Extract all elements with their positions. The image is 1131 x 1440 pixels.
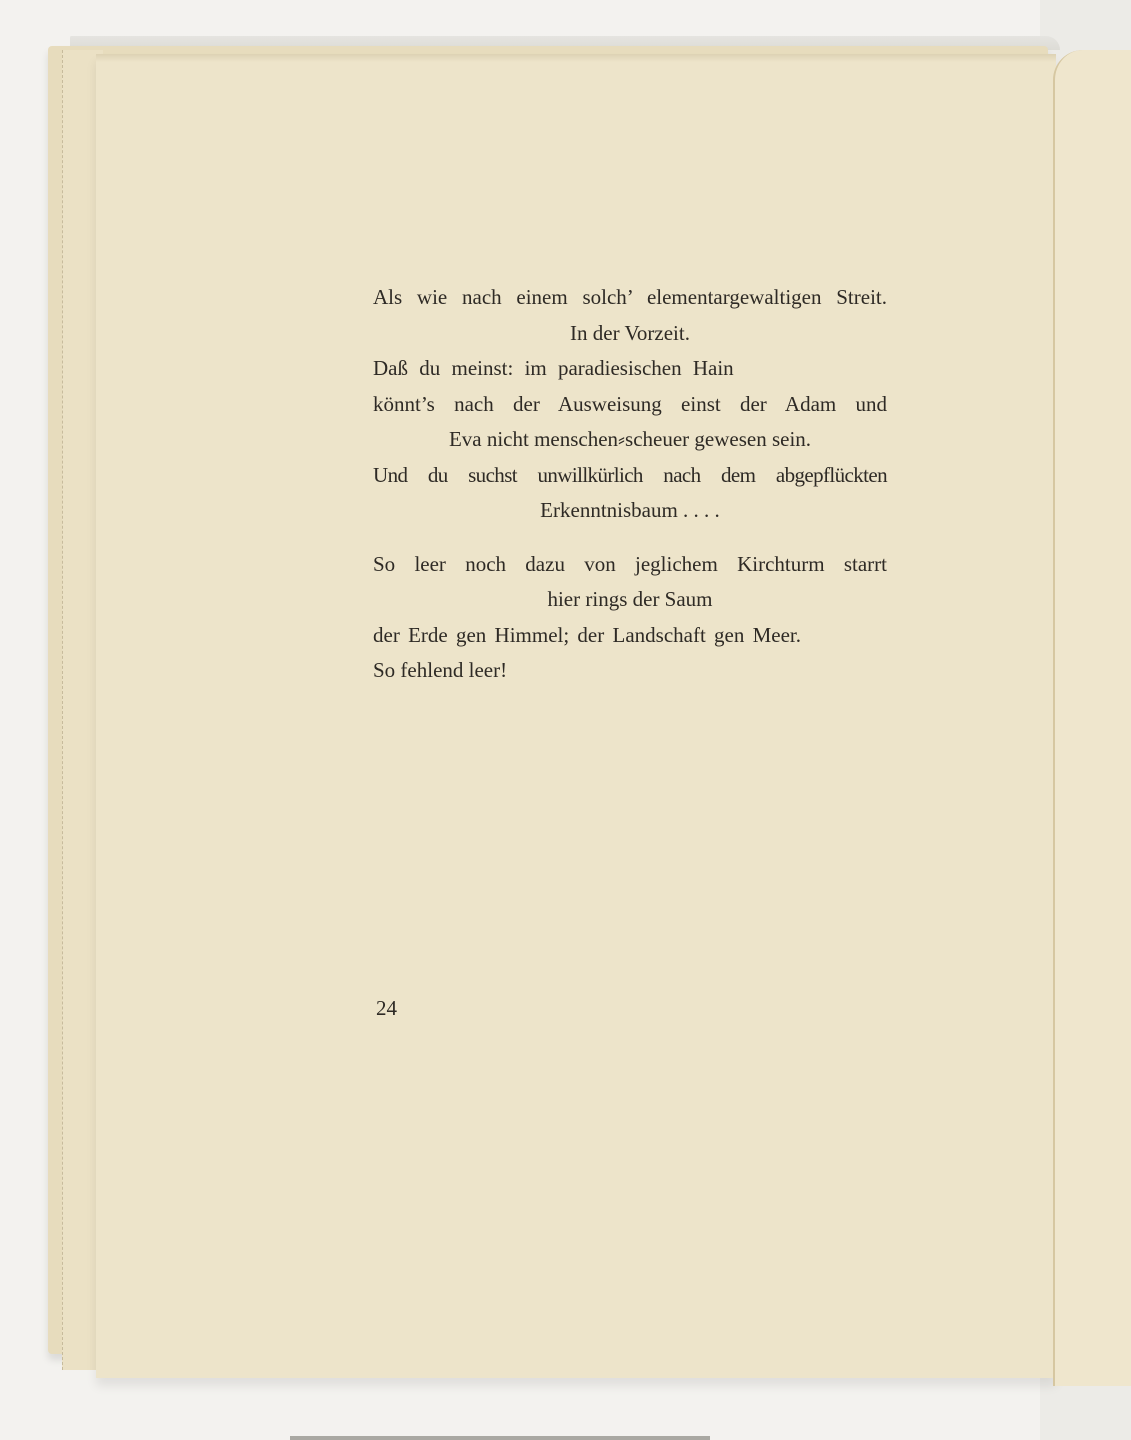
stanza-2: So leer noch dazu von jeglichem Kirchtur… <box>373 547 887 689</box>
poem-line: der Erde gen Himmel; der Landschaft gen … <box>373 618 887 654</box>
facing-page-edge <box>1053 50 1131 1386</box>
poem-line: So fehlend leer! <box>373 653 887 689</box>
poem-line: hier rings der Saum <box>373 582 887 618</box>
poem-line: Und du suchst unwillkürlich nach dem abg… <box>373 458 887 494</box>
stanza-1: Als wie nach einem solch’ elementargewal… <box>373 280 887 529</box>
stanza-gap <box>373 529 887 547</box>
poem-line: In der Vorzeit. <box>373 316 887 352</box>
book-page <box>96 54 1056 1378</box>
poem-text: Als wie nach einem solch’ elementargewal… <box>373 280 887 689</box>
poem-line: Daß du meinst: im paradiesischen Hain <box>373 351 887 387</box>
poem-line: Als wie nach einem solch’ elementargewal… <box>373 280 887 316</box>
page-number: 24 <box>376 996 397 1021</box>
poem-line: könnt’s nach der Ausweisung einst der Ad… <box>373 387 887 423</box>
poem-line: Erkenntnisbaum . . . . <box>373 493 887 529</box>
poem-line: Eva nicht menschen⸗scheuer gewesen sein. <box>373 422 887 458</box>
poem-line: So leer noch dazu von jeglichem Kirchtur… <box>373 547 887 583</box>
book-stand-strip <box>290 1436 710 1440</box>
